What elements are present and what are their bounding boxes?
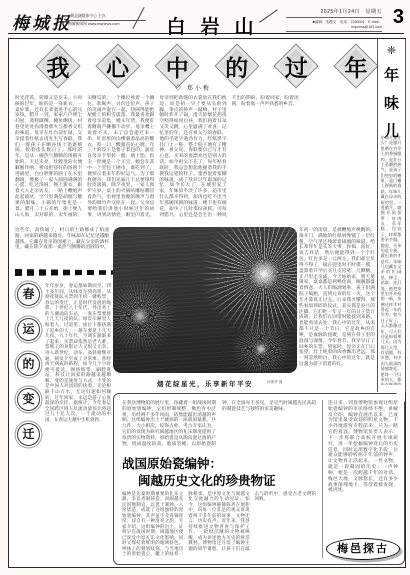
photo-credit: 何保华 摄 (267, 380, 282, 385)
firework-burst (231, 319, 291, 373)
page-number: 3 (393, 6, 404, 29)
firework-burst (113, 279, 177, 353)
bronze-article-intro: 在我县博物馆的展厅里，珍藏着一组战国时期的原始瓷编钟。它们形制规整，釉色青中泛黄… (122, 400, 316, 450)
editor-line: ■编辑：朱俊文 电话：2250001 E-mail：mqnews@163.com (286, 20, 382, 32)
headline-char: 我 (47, 50, 70, 83)
seal-char: 的 (17, 353, 40, 376)
headline-char: 心 (106, 50, 129, 83)
masthead-title: 梅城报 (12, 9, 72, 34)
feature-body-columns: 时光荏苒，转眼又是岁末。小时候盼过年，盼的是一身新衣、一桌好菜，还有长辈塞进手心… (15, 95, 371, 223)
bronze-headline-line1: 战国原始瓷编钟： (122, 454, 222, 472)
flower-icon: ❈ (379, 44, 404, 57)
bottom-section-box: 在我县博物馆的展厅里，珍藏着一组战国时期的原始瓷编钟。它们形制规整，釉色青中泛黄… (113, 393, 405, 565)
bronze-headline-line2: 闽越历史文化的珍贵物证 (138, 471, 276, 489)
right-strip: ❈ 年 味 儿 年味儿是什么？是腊月里晒在竹竿上的香肠腊肉，是灶台上蒸腾的热气，… (377, 39, 406, 392)
headline-char: 的 (225, 50, 248, 83)
strip-body: 年味儿是什么？是腊月里晒在竹竿上的香肠腊肉，是灶台上蒸腾的热气，是孩子们兜里的糖… (381, 135, 402, 385)
headline-char: 过 (285, 50, 308, 83)
spring-column-title: 春 运 的 变 迁 (17, 283, 41, 458)
date-line: 2025年1月24日 星期五 (286, 8, 382, 18)
header-rule (8, 33, 404, 34)
section-title: 白岩山 (148, 12, 272, 39)
seal-char: 运 (17, 318, 40, 341)
column-rule (322, 400, 323, 558)
spring-column-body: 年年岁岁，春运都如期而至。四十多年间，从绿皮车到高铁，从彻夜排队买票到手机一键购… (45, 283, 111, 559)
seal-char: 变 (17, 388, 40, 411)
strip-title-char: 味 (379, 92, 404, 113)
newspaper-page: 梅城报 ■梅县融媒体中心 主办 梅城新闻网 www.mqnews.com 白岩山… (0, 0, 410, 575)
strip-title-char: 年 (379, 64, 404, 85)
badge-meiyi-tangu: 梅邑探古 (326, 538, 400, 560)
feature-byline: ◇ 郑小梅 (9, 83, 377, 92)
main-content-box: 我 心 中 的 过 年 ◇ 郑小梅 时光荏苒，转眼又是岁末。小时候盼过年，盼的是… (8, 38, 406, 568)
feature-headline: 我 心 中 的 过 年 (37, 45, 377, 87)
feature-body-left: 这些年，高铁通了，村口的土路修成了柏油路，回家的路越来越近，年味却在记忆里越酿越… (15, 227, 109, 265)
fireworks-photo (113, 227, 297, 373)
seal-char: 迁 (17, 423, 40, 446)
headline-char: 中 (166, 50, 189, 83)
headline-char: 年 (344, 50, 367, 83)
seal-char: 春 (17, 283, 40, 306)
bronze-side-column: 连日来，到县博物馆参观这组原始瓷编钟的市民络绎不绝。讲解员介绍，编钟自展出以来，… (328, 400, 398, 534)
feature-body-right: 年初一的清晨，是被鞭炮声唤醒的。推开门，满地的红纸屑像铺了一层红毯，空气里还残留… (299, 227, 375, 387)
masthead-subline-1: ■梅县融媒体中心 主办 (68, 13, 146, 21)
bronze-article-body: 编钟是先秦时期重要的礼乐之器，多以青铜铸造。而闽越先民因地制宜，以瓷土制钟，入窑… (122, 491, 316, 557)
header-info: 2025年1月24日 星期五 ■编辑：朱俊文 电话：2250001 E-mail… (286, 8, 382, 32)
